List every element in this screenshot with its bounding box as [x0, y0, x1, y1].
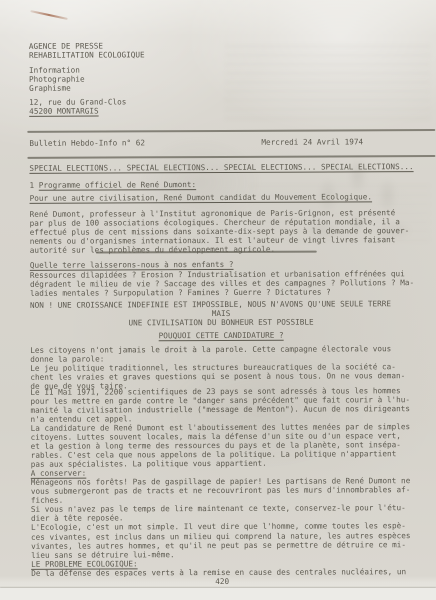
candidature-heading-text: POUQUOI CETTE CANDIDATURE ? [159, 331, 284, 341]
issue-date: Mercredi 24 Avril 1974 [261, 137, 363, 147]
item-number: 1 [29, 181, 38, 190]
scanned-bulletin-page: AGENCE DE PRESSE REHABILITATION ECOLOGIQ… [0, 0, 436, 600]
slogan-civilisation-bonheur: UNE CIVILISATION DU BONHEUR EST POSSIBLE [28, 317, 414, 328]
page-number: 420 [29, 576, 415, 587]
divider-rule-top [27, 129, 435, 133]
paragraph-dumont-bio: René Dumont, professeur à l'Institut agr… [30, 201, 410, 255]
address-street: 12, rue du Grand-Clos [29, 97, 126, 106]
paragraph-luttes: La candidature de René Dumont est l'abou… [31, 422, 411, 469]
agency-address: 12, rue du Grand-Clos 45200 MONTARGIS [29, 97, 126, 116]
agency-name: AGENCE DE PRESSE REHABILITATION ECOLOGIQ… [29, 41, 145, 60]
bulletin-number: Bulletin Hebdo-Info n° 62 [29, 138, 145, 148]
section-heading-conserver: A conserver: [31, 469, 87, 478]
paragraph-terre-questions: Ressources dilapidées ? Erosion ? Indust… [30, 269, 414, 298]
section-heading-terre: Quelle terre laisserons-nous à nos enfan… [30, 260, 234, 270]
scan-edge [0, 588, 436, 600]
divider-rule-masthead [27, 155, 435, 159]
section-heading-candidature: POUQUOI CETTE CANDIDATURE ? [28, 330, 414, 341]
programme-heading-text: Programme officiel de René Dumont: [39, 180, 196, 190]
address-city: 45200 MONTARGIS [29, 107, 98, 116]
paragraph-menton: Le 11 Mai 1971, 2200 scientifiques de 23… [30, 386, 410, 424]
agency-services: Information Photographie Graphisme [29, 66, 85, 94]
banner-special-elections: SPECIAL ELECTIONS... SPECIAL ELECTIONS..… [29, 162, 413, 173]
paragraph-citoyens: Les citoyens n'ont jamais le droit à la … [30, 344, 405, 391]
paragraph-conserver: Ménageons nos forêts! Pas de gaspillage … [31, 476, 411, 559]
section-heading-programme: 1 Programme officiel de René Dumont: [29, 180, 196, 190]
